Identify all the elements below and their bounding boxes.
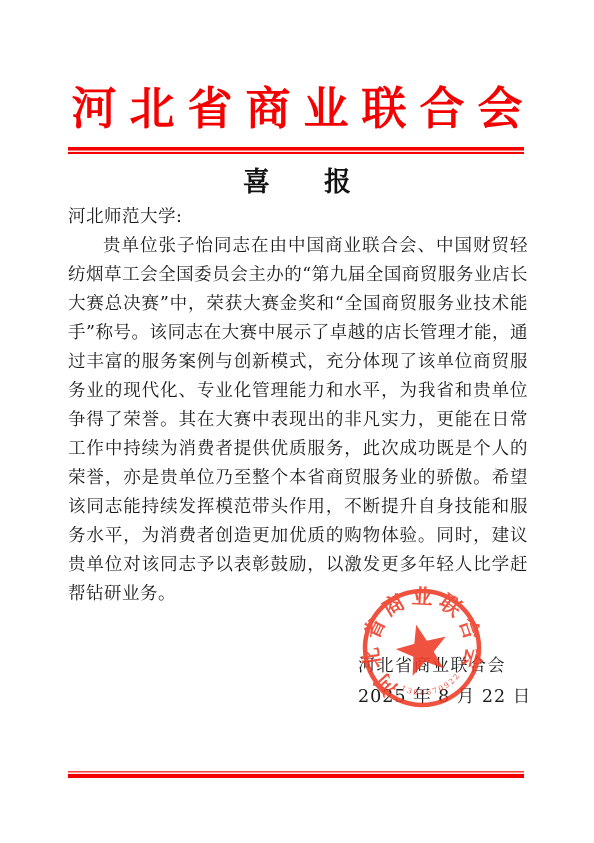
- org-title: 河北省商业联合会: [0, 72, 594, 137]
- letter-page: 河北省商业联合会 喜 报 河北师范大学: 贵单位张子怡同志在由中国商业联合会、中…: [0, 0, 594, 843]
- doc-title: 喜 报: [0, 160, 594, 199]
- header-divider-line: [68, 147, 524, 154]
- signature-date: 2025 年 8 月 22 日: [358, 686, 531, 708]
- letter-body: 河北师范大学: 贵单位张子怡同志在由中国商业联合会、中国财贸轻纺烟草工会全国委员…: [68, 203, 528, 609]
- body-paragraph: 贵单位张子怡同志在由中国商业联合会、中国财贸轻纺烟草工会全国委员会主办的“第九届…: [68, 232, 528, 609]
- salutation: 河北师范大学:: [68, 203, 528, 232]
- signature-org: 河北省商业联合会: [358, 655, 531, 677]
- footer-divider-line: [68, 771, 524, 778]
- signature-block: 河北省商业联合会 2025 年 8 月 22 日: [358, 655, 531, 708]
